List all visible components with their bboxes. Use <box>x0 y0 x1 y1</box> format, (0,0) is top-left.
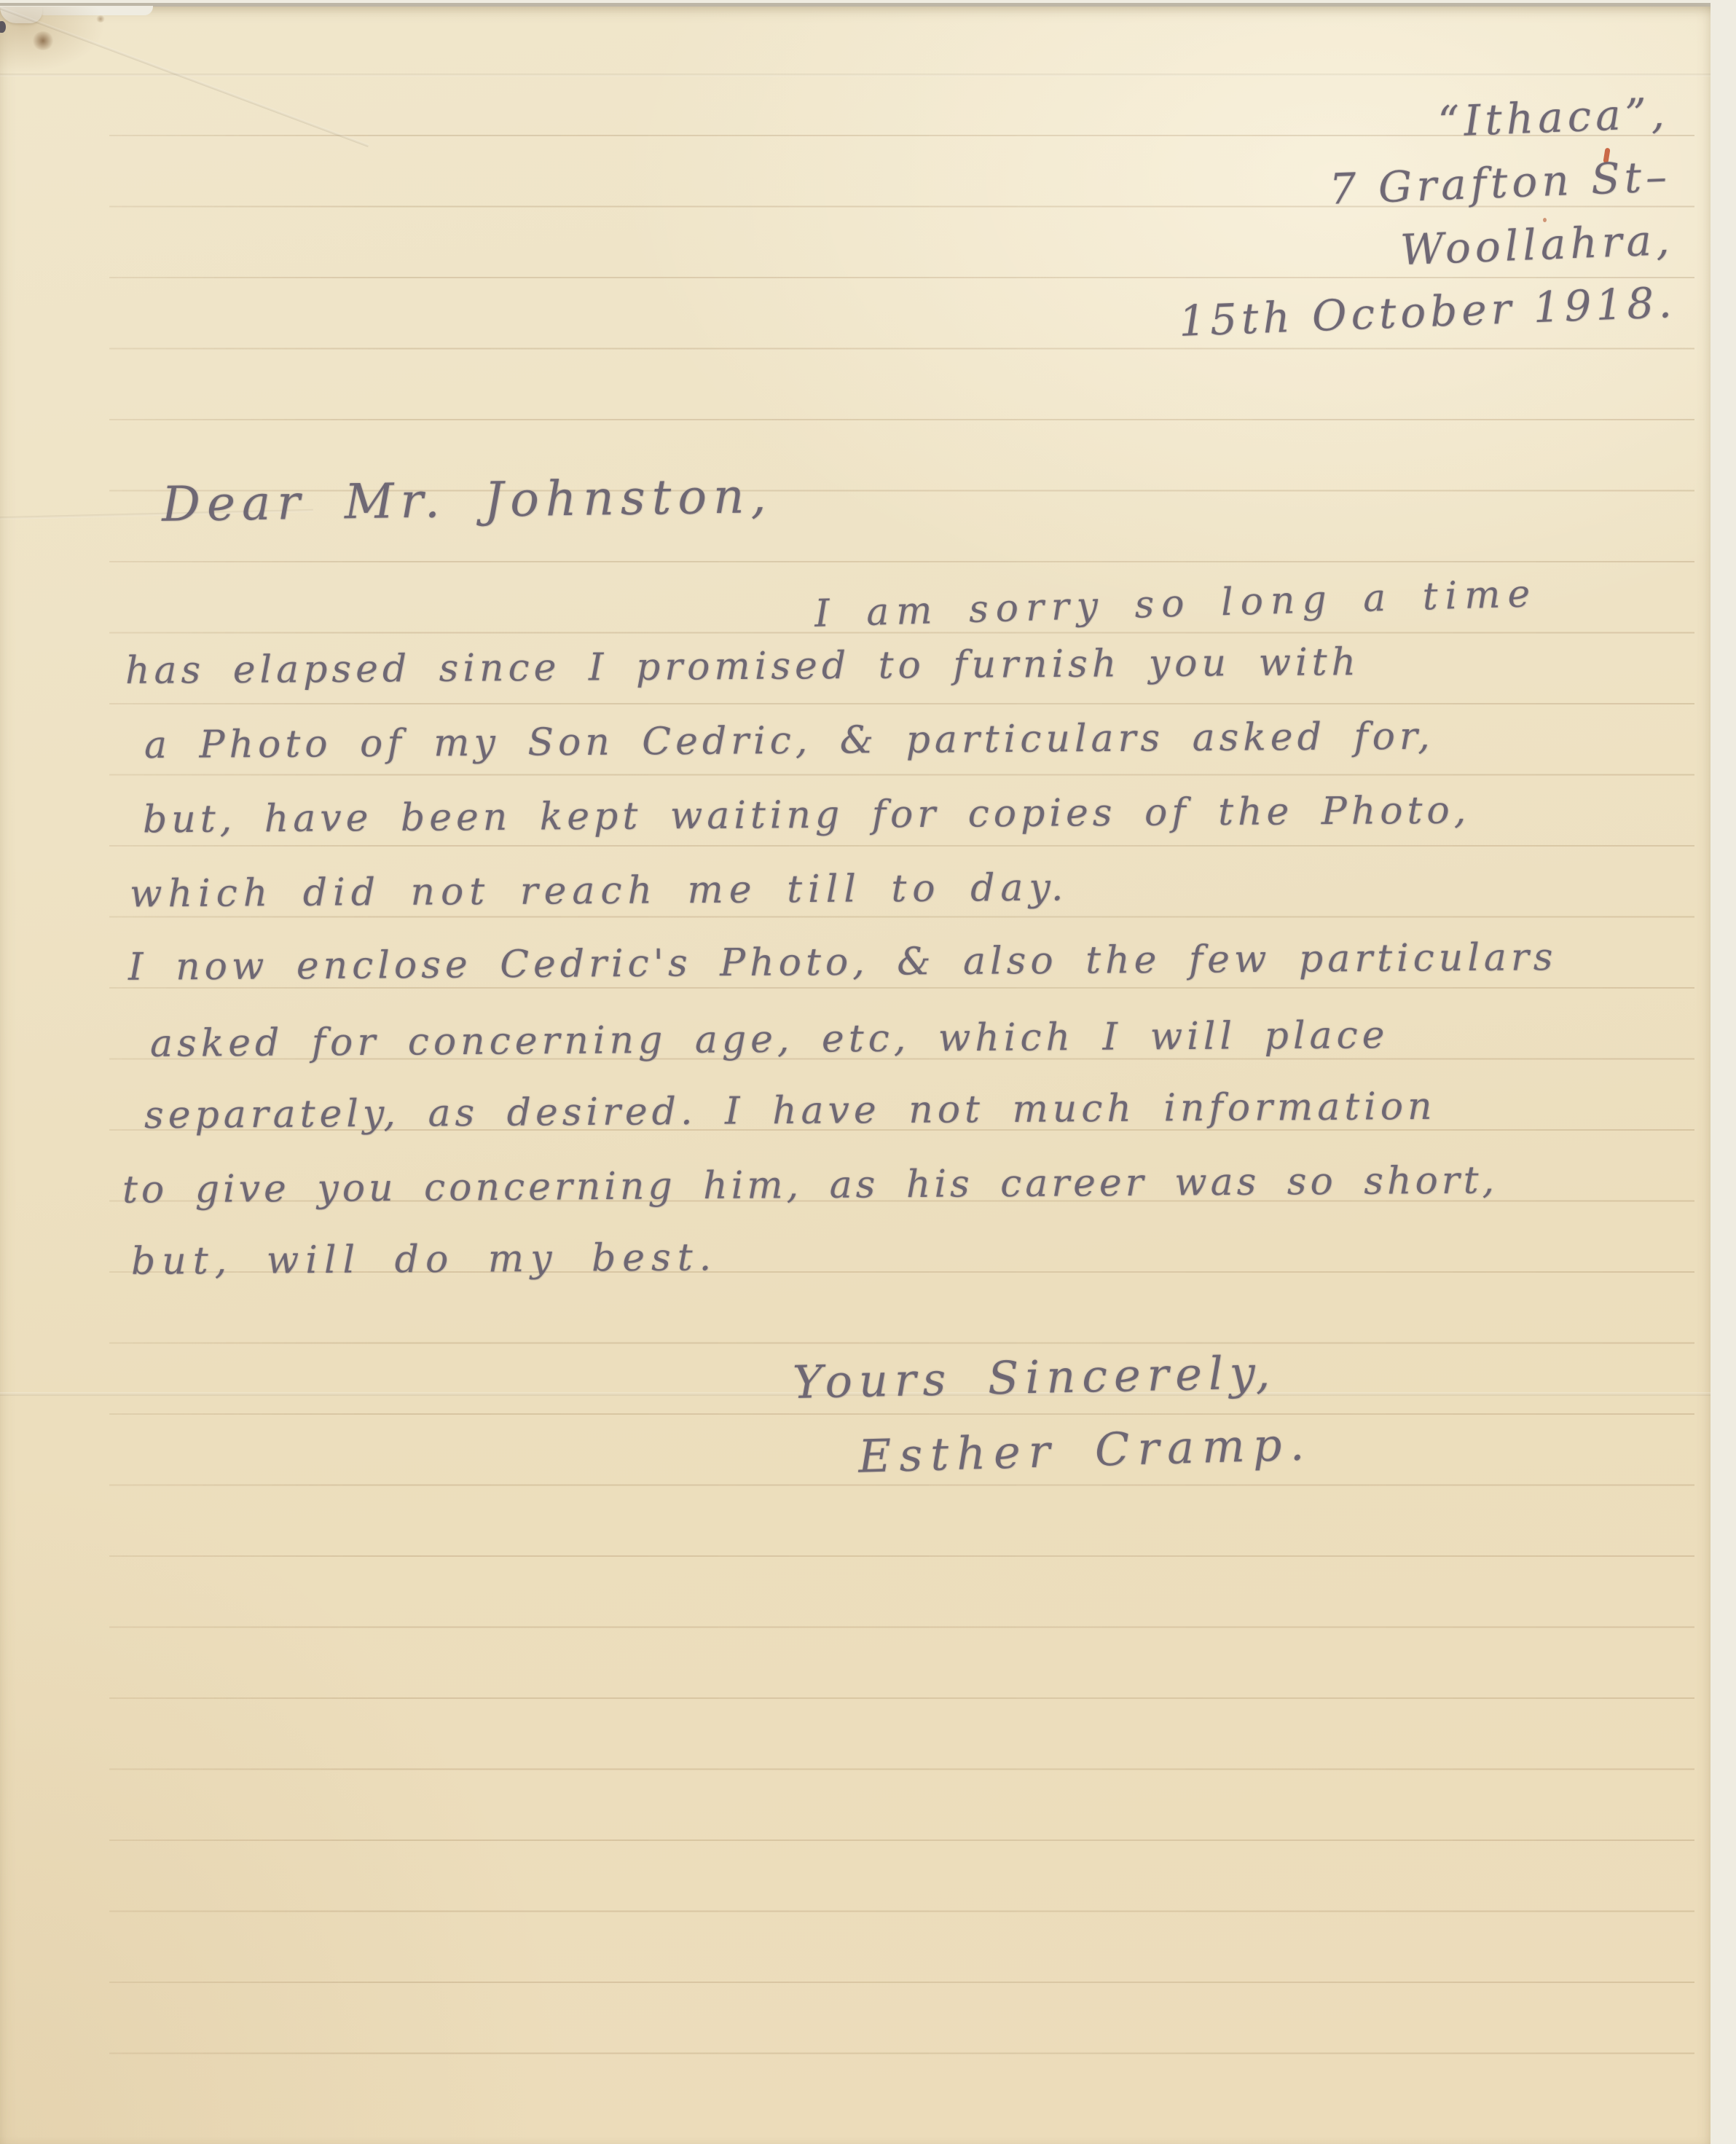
suburb: Woollahra, <box>1399 216 1674 273</box>
stain-spot-small <box>96 15 105 23</box>
body-line: has elapsed since I promised to furnish … <box>125 642 1360 692</box>
street-address: 7 Grafton St– <box>1329 154 1673 213</box>
letter-scan: “Ithaca”, 7 Grafton St– Woollahra, 15th … <box>0 0 1736 2144</box>
house-name: “Ithaca”, <box>1437 90 1670 146</box>
body-line: a Photo of my Son Cedric, & particulars … <box>144 716 1434 767</box>
letter-paper: “Ithaca”, 7 Grafton St– Woollahra, 15th … <box>0 7 1711 2144</box>
closing: Yours Sincerely, <box>792 1348 1277 1407</box>
body-line: which did not reach me till to day. <box>130 867 1069 915</box>
corner-shading <box>0 7 189 116</box>
letter-heading: “Ithaca”, 7 Grafton St– Woollahra, 15th … <box>1171 90 1677 345</box>
body-line: to give you concerning him, as his caree… <box>122 1160 1498 1211</box>
paper-top-edge <box>0 3 1711 7</box>
salutation: Dear Mr. Johnston, <box>162 470 773 531</box>
stain-spot <box>32 31 54 50</box>
fold-crease-top <box>0 74 1711 76</box>
body-line: separately, as desired. I have not much … <box>144 1086 1437 1137</box>
body-line: but, have been kept waiting for copies o… <box>143 790 1471 841</box>
body-line: but, will do my best. <box>131 1237 718 1283</box>
body-line: asked for concerning age, etc, which I w… <box>150 1015 1389 1065</box>
